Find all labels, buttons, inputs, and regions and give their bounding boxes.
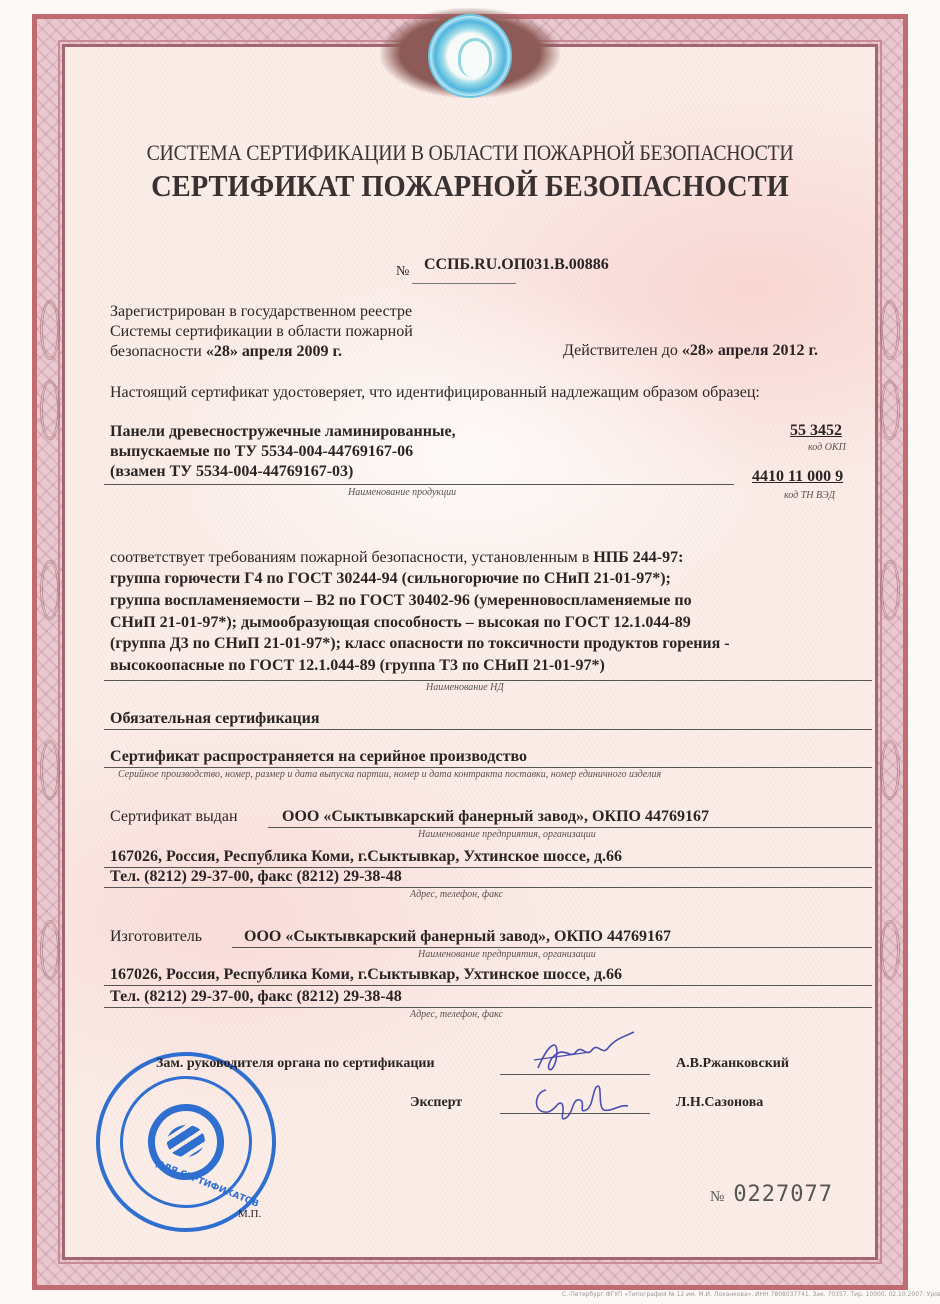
- certificate-number: ССПБ.RU.ОП031.В.00886: [424, 256, 609, 274]
- registration-date: «28» апреля 2009 г.: [206, 343, 342, 360]
- issued-to-phone: Тел. (8212) 29-37-00, факс (8212) 29-38-…: [110, 868, 402, 886]
- number-sign: №: [396, 264, 409, 280]
- ornament-icon: [40, 300, 60, 360]
- issued-to-underline: [268, 827, 872, 828]
- requirement-line: (группа Д3 по СНиП 21-01-97*); класс опа…: [110, 633, 730, 655]
- ornament-icon: [40, 560, 60, 620]
- requirement-line: группа воспламеняемости – В2 по ГОСТ 304…: [110, 590, 730, 612]
- certificate-content: СИСТЕМА СЕРТИФИКАЦИИ В ОБЛАСТИ ПОЖАРНОЙ …: [0, 0, 940, 1304]
- manufacturer-name: ООО «Сыктывкарский фанерный завод», ОКПО…: [244, 928, 671, 946]
- product-underline: [104, 484, 734, 485]
- form-serial-number: №0227077: [710, 1182, 833, 1207]
- manufacturer-phone-underline: [104, 1007, 872, 1008]
- scope-underline: [104, 767, 872, 768]
- requirement-line: группа горючести Г4 по ГОСТ 30244-94 (си…: [110, 568, 730, 590]
- ornament-icon: [40, 920, 60, 980]
- deputy-head-name: А.В.Ржанковский: [676, 1056, 789, 1072]
- ornament-icon: [880, 560, 900, 620]
- valid-until-date: «28» апреля 2012 г.: [682, 342, 818, 359]
- tnved-caption: код ТН ВЭД: [784, 490, 835, 501]
- norm-reference: НПБ 244-97:: [593, 549, 683, 566]
- nd-underline: [104, 680, 872, 681]
- scope-caption: Серийное производство, номер, размер и д…: [118, 769, 661, 780]
- certificate-scope: Сертификат распространяется на серийное …: [110, 748, 527, 766]
- okp-caption: код ОКП: [808, 442, 846, 453]
- printer-imprint: С.-Петербург ФГУП «Типография № 12 им. М…: [562, 1291, 940, 1298]
- registration-line-1: Зарегистрирован в государственном реестр…: [110, 302, 413, 322]
- issued-to-phone-underline: [104, 887, 872, 888]
- number-underline: [412, 283, 516, 284]
- manufacturer-underline: [232, 947, 872, 948]
- deputy-head-role: Зам. руководителя органа по сертификации: [156, 1056, 435, 1072]
- conformity-statement: соответствует требованиям пожарной безоп…: [110, 547, 683, 568]
- validity: Действителен до «28» апреля 2012 г.: [563, 342, 818, 360]
- ornament-icon: [880, 920, 900, 980]
- nd-caption: Наименование НД: [426, 682, 504, 693]
- manufacturer-contact-caption: Адрес, телефон, факс: [410, 1009, 503, 1020]
- issued-to-name: ООО «Сыктывкарский фанерный завод», ОКПО…: [282, 808, 709, 826]
- issued-to-contact-caption: Адрес, телефон, факс: [410, 889, 503, 900]
- requirement-line: СНиП 21-01-97*); дымообразующая способно…: [110, 612, 730, 634]
- manufacturer-label: Изготовитель: [110, 928, 202, 946]
- ornament-icon: [880, 300, 900, 360]
- issued-to-address: 167026, Россия, Республика Коми, г.Сыкты…: [110, 848, 622, 866]
- flame-emblem-icon: [428, 14, 512, 98]
- manufacturer-phone: Тел. (8212) 29-37-00, факс (8212) 29-38-…: [110, 988, 402, 1006]
- certification-statement: Настоящий сертификат удостоверяет, что и…: [110, 384, 760, 402]
- registration-line-3: безопасности «28» апреля 2009 г.: [110, 342, 413, 362]
- manufacturer-caption: Наименование предприятия, организации: [418, 949, 596, 960]
- registration-block: Зарегистрирован в государственном реестр…: [110, 302, 413, 362]
- ornament-icon: [40, 740, 60, 800]
- product-caption: Наименование продукции: [348, 487, 456, 498]
- fire-safety-requirements: группа горючести Г4 по ГОСТ 30244-94 (си…: [110, 568, 730, 677]
- ornament-icon: [40, 380, 60, 440]
- ornament-icon: [880, 740, 900, 800]
- product-name: Панели древесностружечные ламинированные…: [110, 422, 456, 482]
- registration-line-2: Системы сертификации в области пожарной: [110, 322, 413, 342]
- certification-type-underline: [104, 729, 872, 730]
- issued-to-caption: Наименование предприятия, организации: [418, 829, 596, 840]
- requirement-line: высокоопасные по ГОСТ 12.1.044-89 (групп…: [110, 655, 730, 677]
- seal-place-label: М.П.: [238, 1208, 261, 1220]
- deputy-head-signature: [530, 1030, 640, 1080]
- expert-name: Л.Н.Сазонова: [676, 1095, 763, 1111]
- expert-signature: [528, 1078, 638, 1128]
- expert-role: Эксперт: [410, 1095, 462, 1111]
- manufacturer-address-underline: [104, 985, 872, 986]
- manufacturer-address: 167026, Россия, Республика Коми, г.Сыкты…: [110, 966, 622, 984]
- okp-code: 55 3452: [790, 422, 842, 440]
- ornament-icon: [880, 380, 900, 440]
- tnved-code: 4410 11 000 9: [752, 468, 843, 486]
- certification-system-title: СИСТЕМА СЕРТИФИКАЦИИ В ОБЛАСТИ ПОЖАРНОЙ …: [47, 140, 893, 166]
- certification-type: Обязательная сертификация: [110, 710, 320, 728]
- issued-to-label: Сертификат выдан: [110, 808, 238, 826]
- document-title: СЕРТИФИКАТ ПОЖАРНОЙ БЕЗОПАСНОСТИ: [38, 168, 903, 204]
